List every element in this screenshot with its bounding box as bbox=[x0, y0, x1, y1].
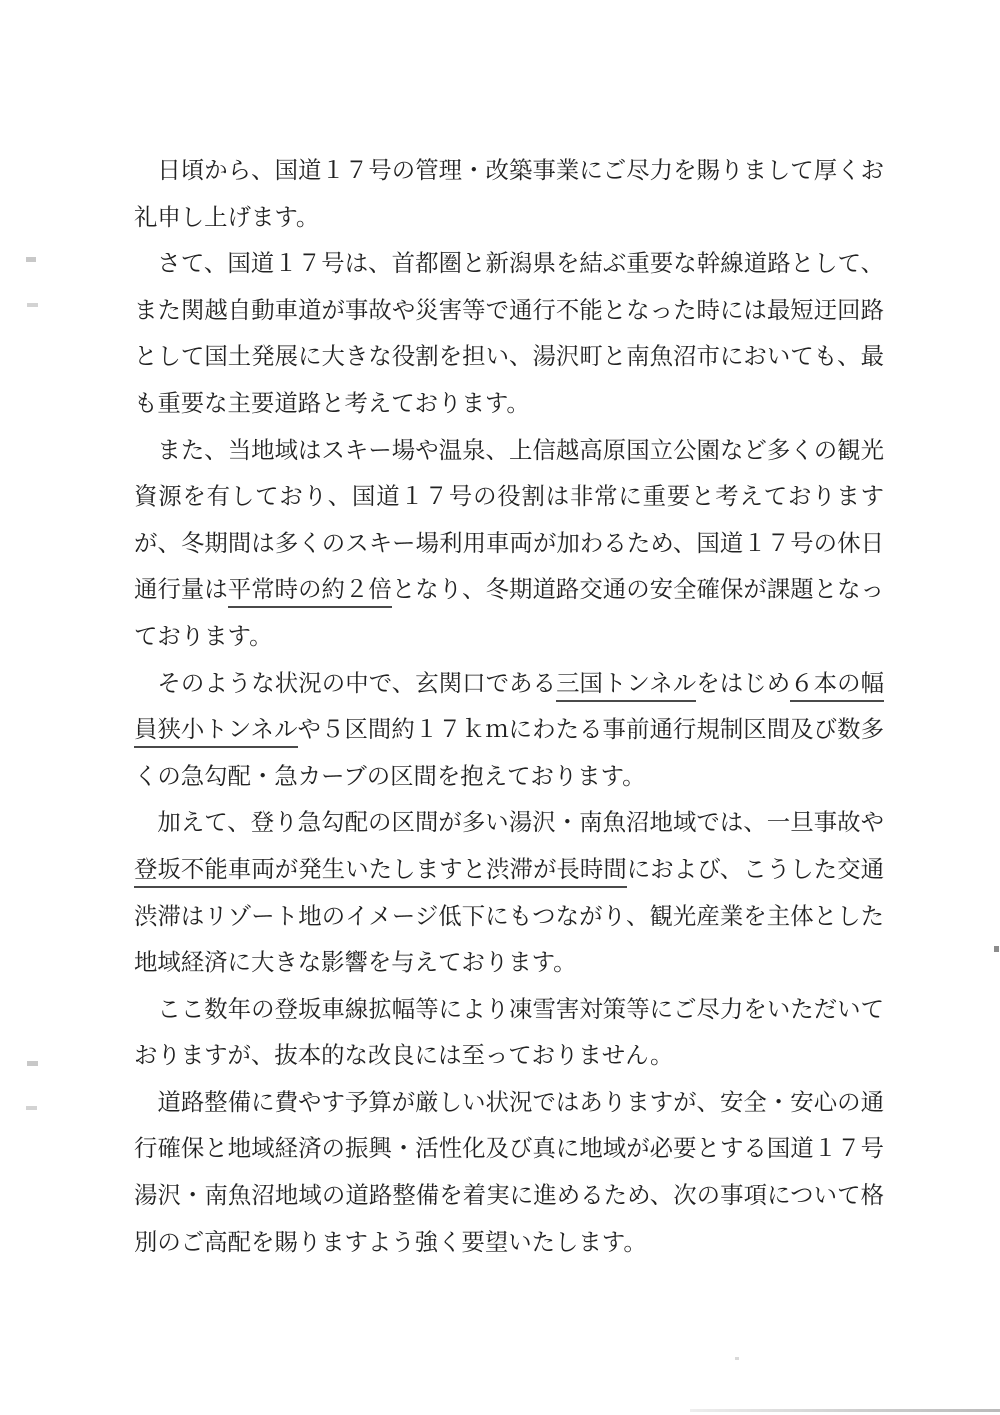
text-segment: 日頃から、国道１７号の管理・改築事業にご尽力を賜りまして厚くお礼申し上げます。 bbox=[134, 158, 884, 231]
scan-speck bbox=[27, 303, 38, 307]
scan-speck bbox=[735, 1357, 739, 1360]
paragraph-recent-efforts: ここ数年の登坂車線拡幅等により凍雪害対策等にご尽力をいただいておりますが、抜本的… bbox=[134, 987, 884, 1080]
paragraph-request: 道路整備に費やす予算が厳しい状況ではありますが、安全・安心の通行確保と地域経済の… bbox=[134, 1080, 884, 1266]
paragraph-route17-importance: さて、国道１７号は、首都圏と新潟県を結ぶ重要な幹線道路として、また関越自動車道が… bbox=[134, 241, 884, 427]
paragraph-tunnels: そのような状況の中で、玄関口である三国トンネルをはじめ６本の幅員狭小トンネルや５… bbox=[134, 661, 884, 801]
paragraph-congestion: 加えて、登り急勾配の区間が多い湯沢・南魚沼地域では、一旦事故や登坂不能車両が発生… bbox=[134, 800, 884, 986]
text-segment: さて、国道１７号は、首都圏と新潟県を結ぶ重要な幹線道路として、また関越自動車道が… bbox=[134, 251, 884, 417]
underlined-text-segment: 登坂不能車両が発生いたしますと渋滞が長時間 bbox=[134, 857, 627, 888]
text-segment: そのような状況の中で、玄関口である bbox=[157, 671, 556, 697]
text-segment: 加えて、登り急勾配の区間が多い湯沢・南魚沼地域では、一旦事故や bbox=[157, 810, 884, 836]
underlined-text-segment: 平常時の約２倍 bbox=[228, 577, 392, 608]
paragraph-greeting: 日頃から、国道１７号の管理・改築事業にご尽力を賜りまして厚くお礼申し上げます。 bbox=[134, 148, 884, 241]
text-segment: をはじめ bbox=[696, 671, 790, 697]
scan-edge-line bbox=[690, 1409, 1000, 1412]
text-segment: 道路整備に費やす予算が厳しい状況ではありますが、安全・安心の通行確保と地域経済の… bbox=[134, 1090, 884, 1256]
underlined-text-segment: 三国トンネル bbox=[556, 671, 696, 702]
scan-speck bbox=[27, 1061, 38, 1066]
paragraph-winter-traffic: また、当地域はスキー場や温泉、上信越高原国立公園など多くの観光資源を有しており、… bbox=[134, 428, 884, 661]
scanned-document-page: 日頃から、国道１７号の管理・改築事業にご尽力を賜りまして厚くお礼申し上げます。 … bbox=[0, 0, 1000, 1415]
scan-speck bbox=[994, 946, 999, 952]
scan-speck bbox=[26, 257, 36, 262]
scan-speck bbox=[26, 1106, 37, 1110]
document-body: 日頃から、国道１７号の管理・改築事業にご尽力を賜りまして厚くお礼申し上げます。 … bbox=[134, 148, 884, 1266]
text-segment: ここ数年の登坂車線拡幅等により凍雪害対策等にご尽力をいただいておりますが、抜本的… bbox=[134, 997, 884, 1070]
